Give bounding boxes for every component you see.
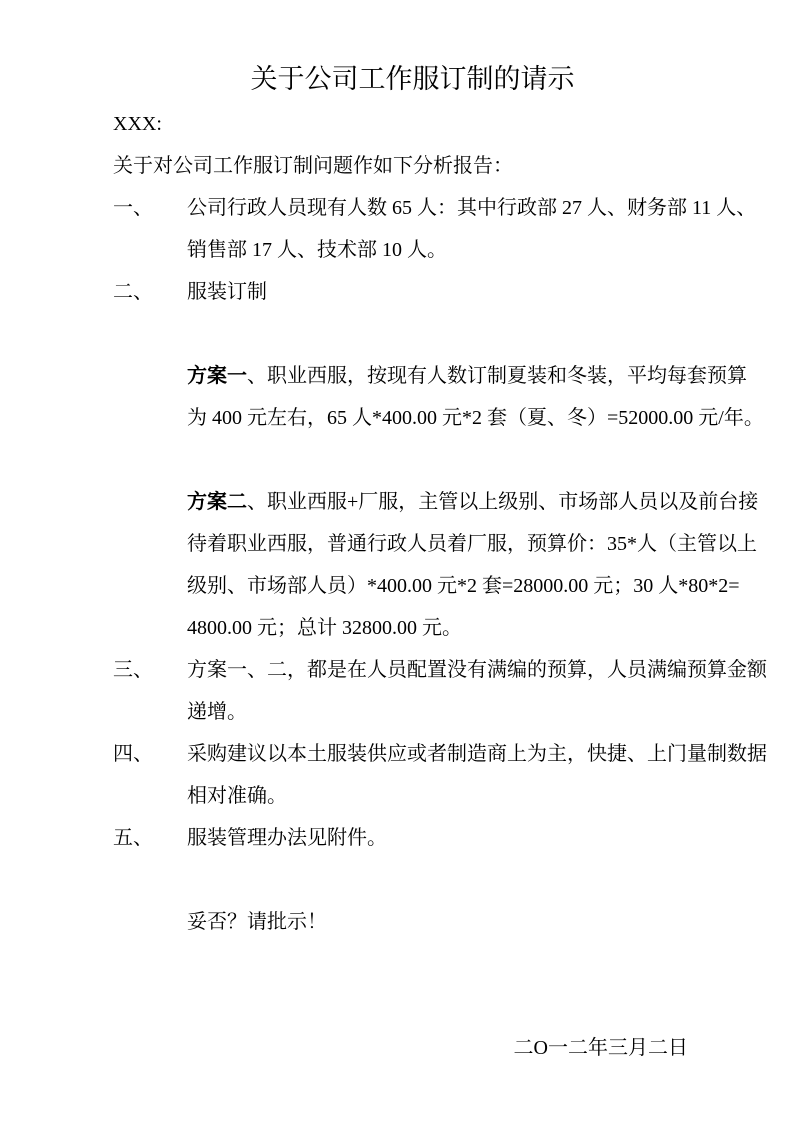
date-line: 二O一二年三月二日 xyxy=(113,1027,774,1069)
page-title: 关于公司工作服订制的请示 xyxy=(113,55,774,103)
plan-1-text: 、职业西服，按现有人数订制夏装和冬装，平均每套预算 为 400 元左右，65 人… xyxy=(187,365,764,429)
list-item-5: 五、 服装管理办法见附件。 xyxy=(113,817,774,859)
closing-line: 妥否？请批示！ xyxy=(113,901,774,943)
plan-2-text: 、职业西服+厂服，主管以上级别、市场部人员以及前台接 待着职业西服，普通行政人员… xyxy=(187,491,758,639)
intro-paragraph: 关于对公司工作服订制问题作如下分析报告： xyxy=(113,145,774,187)
plan-1-paragraph: 方案一、职业西服，按现有人数订制夏装和冬装，平均每套预算 为 400 元左右，6… xyxy=(113,313,774,439)
list-item-1-number: 一、 xyxy=(113,187,153,229)
document-page: 关于公司工作服订制的请示 XXX: 关于对公司工作服订制问题作如下分析报告： 一… xyxy=(0,0,794,1123)
list-item-1-text: 公司行政人员现有人数 65 人：其中行政部 27 人、财务部 11 人、 销售部… xyxy=(187,197,756,261)
list-item-1: 一、 公司行政人员现有人数 65 人：其中行政部 27 人、财务部 11 人、 … xyxy=(113,187,774,271)
plan-2-label: 方案二 xyxy=(187,491,247,513)
list-item-4: 四、 采购建议以本土服装供应或者制造商上为主，快捷、上门量制数据 相对准确。 xyxy=(113,733,774,817)
list-item-2-number: 二、 xyxy=(113,271,153,313)
list-item-4-number: 四、 xyxy=(113,733,153,775)
list-item-3: 三、 方案一、二，都是在人员配置没有满编的预算，人员满编预算金额 递增。 xyxy=(113,649,774,733)
plan-1-label: 方案一 xyxy=(187,365,247,387)
list-item-5-number: 五、 xyxy=(113,817,153,859)
list-item-4-text: 采购建议以本土服装供应或者制造商上为主，快捷、上门量制数据 相对准确。 xyxy=(187,743,767,807)
list-item-2-text: 服装订制 xyxy=(187,281,267,303)
list-item-5-text: 服装管理办法见附件。 xyxy=(187,827,387,849)
salutation: XXX: xyxy=(113,103,774,145)
list-item-2: 二、 服装订制 xyxy=(113,271,774,313)
list-item-3-number: 三、 xyxy=(113,649,153,691)
plan-2-paragraph: 方案二、职业西服+厂服，主管以上级别、市场部人员以及前台接 待着职业西服，普通行… xyxy=(113,439,774,649)
list-item-3-text: 方案一、二，都是在人员配置没有满编的预算，人员满编预算金额 递增。 xyxy=(187,659,767,723)
